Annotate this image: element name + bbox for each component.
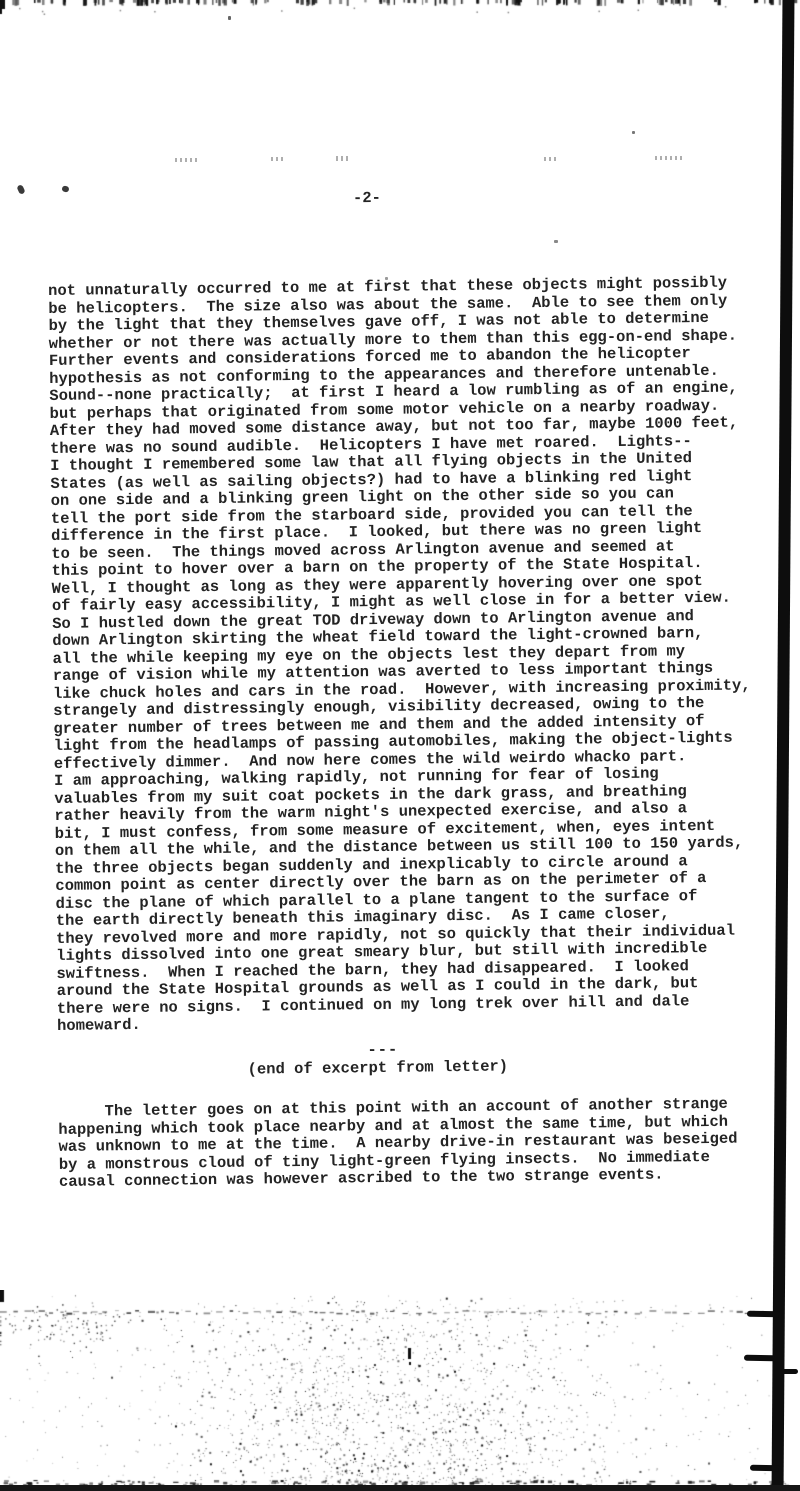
scan-artifact-speck [16,184,25,195]
scan-artifact-bottom-noise [0,1290,800,1491]
letter-body-text: not unnaturally occurred to me at first … [48,274,755,1035]
scan-artifact-speck [61,185,69,193]
scan-artifact-speck [554,240,558,243]
scan-artifact-faint-dash [544,157,558,161]
page-number: -2- [353,190,381,208]
scan-artifact-speck [632,131,635,134]
scan-artifact-binding-tick [744,1355,774,1362]
typed-content: -2- not unnaturally occurred to me at fi… [48,274,800,1283]
scan-artifact-binding-tick [750,1465,779,1472]
scan-artifact-top-edge [0,0,800,20]
scanned-page: -2- not unnaturally occurred to me at fi… [0,0,800,1491]
scan-artifact-speck [228,16,231,20]
scan-artifact-bottom-edge [0,1485,800,1491]
scan-artifact-faint-dash [655,156,685,160]
scan-artifact-faint-dash [271,157,284,161]
scan-artifact-faint-dash [336,156,351,161]
scan-artifact-binding-tick [747,1311,779,1318]
divider-dashes: --- [367,1042,398,1060]
closing-paragraph: The letter goes on at this point with an… [58,1096,738,1192]
excerpt-end-note: (end of excerpt from letter) [248,1058,509,1079]
scan-artifact-faint-dash [175,158,197,162]
scan-artifact-binding-tick [783,1369,798,1374]
